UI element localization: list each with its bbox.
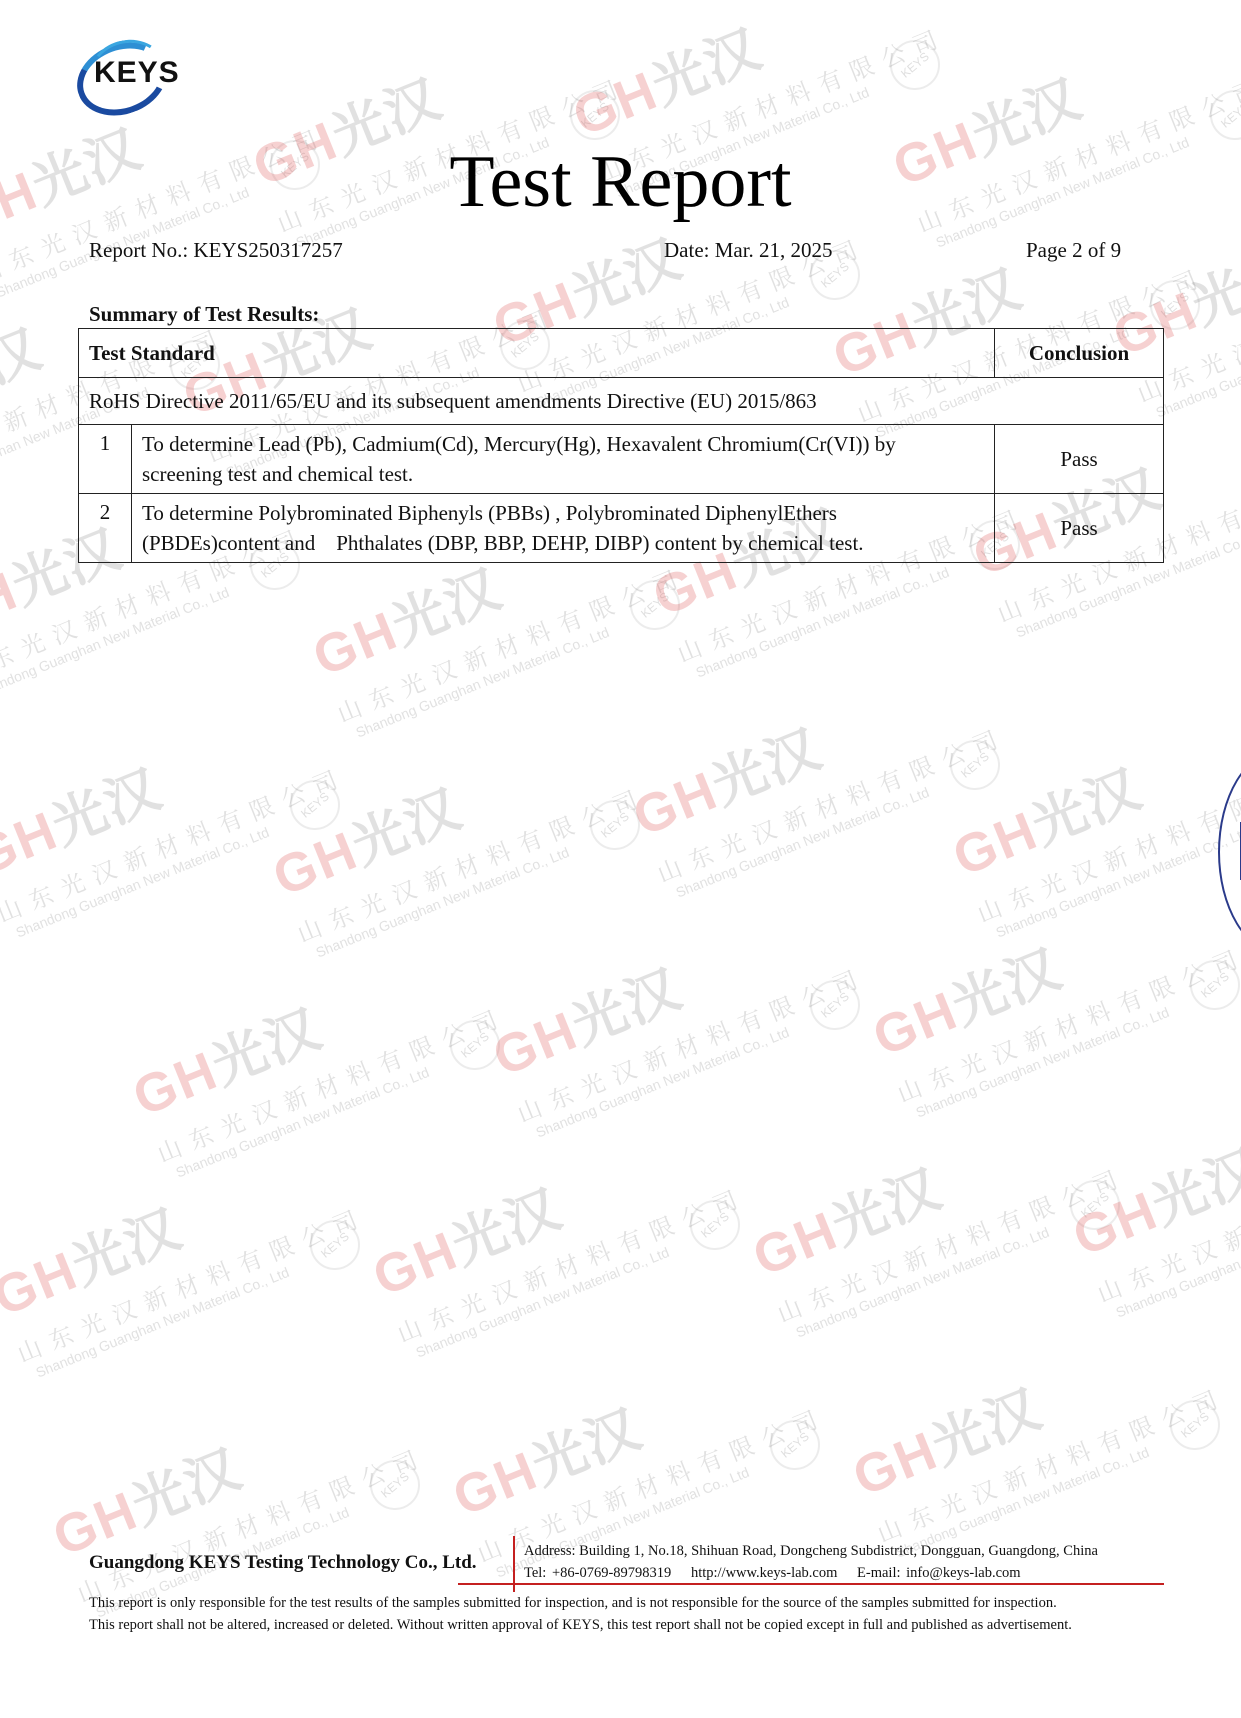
footer-website-link[interactable]: http://www.keys-lab.com [691,1565,837,1581]
summary-heading: Summary of Test Results: [89,302,319,327]
footer-contact: Tel: +86-0769-89798319 http://www.keys-l… [524,1565,1035,1582]
directive-text: RoHS Directive 2011/65/EU and its subseq… [79,378,1164,425]
report-date: Date: Mar. 21, 2025 [664,238,833,263]
column-header-conclusion: Conclusion [995,329,1164,378]
footer-address: Address: Building 1, No.18, Shihuan Road… [524,1543,1098,1560]
row-description: To determine Lead (Pb), Cadmium(Cd), Mer… [132,425,995,494]
disclaimer-line-1: This report is only responsible for the … [89,1595,1057,1612]
row-conclusion: Pass [995,494,1164,563]
footer-tel: Tel: +86-0769-89798319 [524,1565,671,1581]
footer-email-link[interactable]: E-mail: info@keys-lab.com [857,1565,1021,1581]
results-table: Test Standard Conclusion RoHS Directive … [78,328,1164,563]
keys-logo: KEYS [76,38,186,108]
table-row: 1 To determine Lead (Pb), Cadmium(Cd), M… [79,425,1164,494]
row-number: 1 [79,425,132,494]
column-header-standard: Test Standard [79,329,995,378]
page-number: Page 2 of 9 [1026,238,1121,263]
table-row: 2 To determine Polybrominated Biphenyls … [79,494,1164,563]
disclaimer-line-2: This report shall not be altered, increa… [89,1617,1072,1634]
page-title: Test Report [0,140,1241,225]
footer-company-name: Guangdong KEYS Testing Technology Co., L… [89,1552,477,1574]
row-conclusion: Pass [995,425,1164,494]
footer-rule [458,1583,1164,1585]
directive-row: RoHS Directive 2011/65/EU and its subseq… [79,378,1164,425]
table-header-row: Test Standard Conclusion [79,329,1164,378]
seal-stamp [1218,750,1241,954]
report-number: Report No.: KEYS250317257 [89,238,343,263]
logo-text: KEYS [94,56,180,90]
row-number: 2 [79,494,132,563]
row-description: To determine Polybrominated Biphenyls (P… [132,494,995,563]
